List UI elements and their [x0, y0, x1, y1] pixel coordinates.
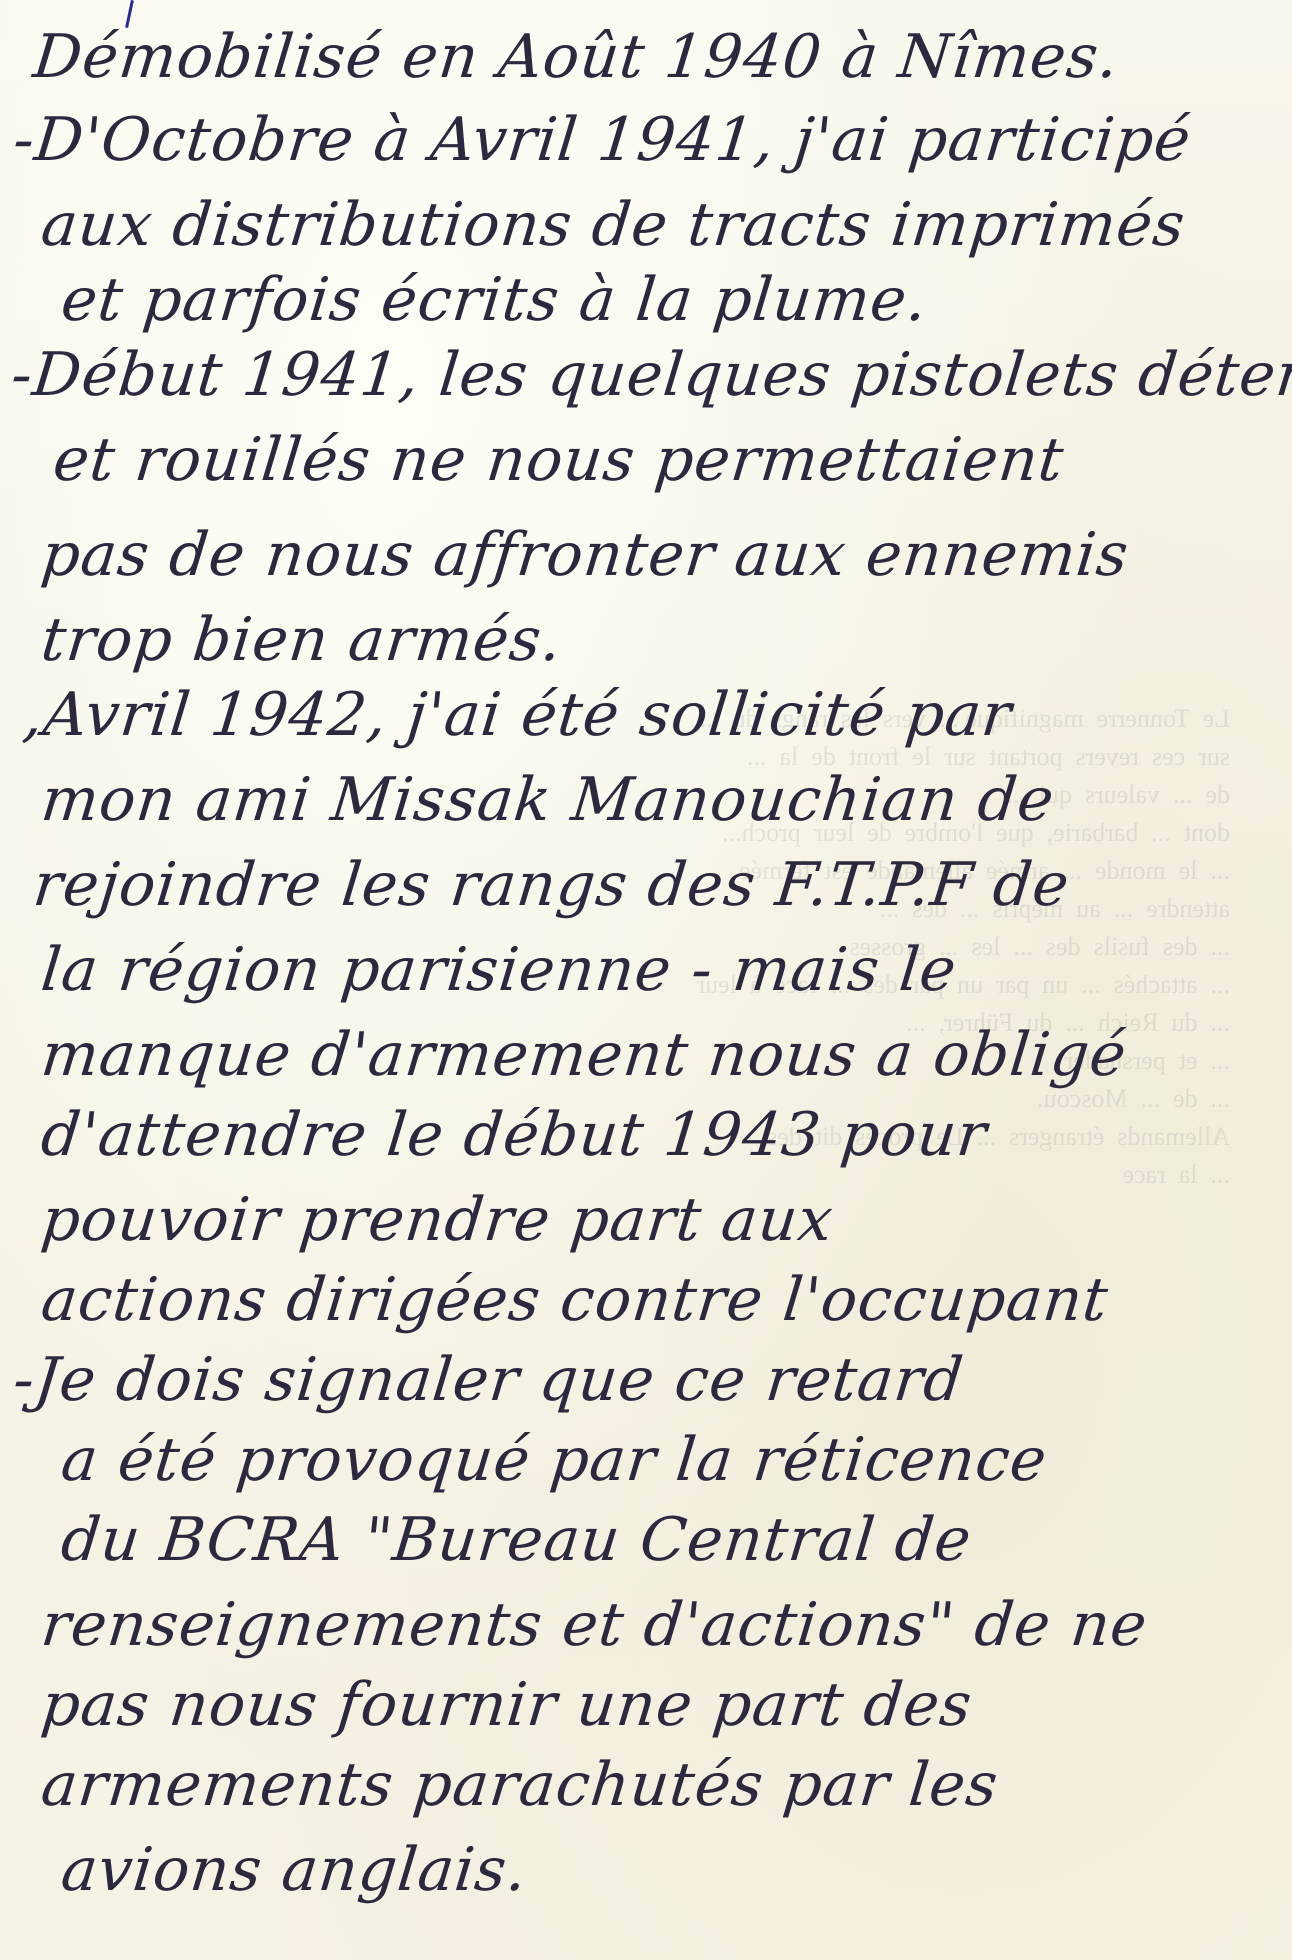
line-text: trop bien armés.: [38, 605, 565, 675]
line-5: -Début 1941, les quelques pistolets déte…: [8, 340, 1292, 410]
line-12: la région parisienne - mais le: [38, 935, 960, 1005]
line-14: d'attendre le début 1943 pour: [38, 1100, 991, 1170]
line-2: -D'Octobre à Avril 1941, j'ai participé: [10, 105, 1195, 175]
line-9: ,Avril 1942, j'ai été sollicité par: [20, 680, 1015, 750]
line-text: avions anglais.: [58, 1835, 531, 1905]
line-3: aux distributions de tracts imprimés: [38, 190, 1189, 260]
line-text: du BCRA "Bureau Central de: [58, 1505, 975, 1575]
line-20: renseignements et d'actions" de ne: [38, 1590, 1151, 1660]
line-19: du BCRA "Bureau Central de: [58, 1505, 975, 1575]
line-22: armements parachutés par les: [38, 1750, 1002, 1820]
line-text: Démobilisé en Août 1940 à Nîmes.: [30, 22, 1122, 92]
line-4: et parfois écrits à la plume.: [58, 265, 931, 335]
line-text: Début 1941, les quelques pistolets déter…: [29, 340, 1292, 410]
line-10: mon ami Missak Manouchian de: [38, 765, 1058, 835]
line-text: pas de nous affronter aux ennemis: [38, 520, 1132, 590]
line-13: manque d'armement nous a obligé: [38, 1020, 1130, 1090]
line-text: d'attendre le début 1943 pour: [38, 1100, 991, 1170]
line-text: aux distributions de tracts imprimés: [38, 190, 1189, 260]
line-text: et rouillés ne nous permettaient: [50, 425, 1067, 495]
line-8: trop bien armés.: [38, 605, 565, 675]
line-text: a été provoqué par la réticence: [58, 1425, 1051, 1495]
line-text: D'Octobre à Avril 1941, j'ai participé: [31, 105, 1194, 175]
line-15: pouvoir prendre part aux: [38, 1185, 837, 1255]
line-21: pas nous fournir une part des: [38, 1670, 976, 1740]
line-1: Démobilisé en Août 1940 à Nîmes.: [30, 22, 1122, 92]
line-17: -Je dois signaler que ce retard: [10, 1345, 967, 1415]
line-7: pas de nous affronter aux ennemis: [38, 520, 1132, 590]
line-18: a été provoqué par la réticence: [58, 1425, 1051, 1495]
line-text: manque d'armement nous a obligé: [38, 1020, 1130, 1090]
line-6: et rouillés ne nous permettaient: [50, 425, 1067, 495]
line-text: Je dois signaler que ce retard: [31, 1345, 967, 1415]
letter-page: Le Tonnerre magnifique ... vers les rang…: [0, 0, 1292, 1960]
line-text: actions dirigées contre l'occupant: [38, 1265, 1112, 1335]
line-text: Avril 1942, j'ai été sollicité par: [40, 680, 1015, 750]
line-text: et parfois écrits à la plume.: [58, 265, 931, 335]
line-text: la région parisienne - mais le: [38, 935, 960, 1005]
line-text: renseignements et d'actions" de ne: [38, 1590, 1151, 1660]
line-11: rejoindre les rangs des F.T.P.F de: [30, 850, 1073, 920]
line-text: pouvoir prendre part aux: [38, 1185, 837, 1255]
line-text: mon ami Missak Manouchian de: [38, 765, 1058, 835]
line-23: avions anglais.: [58, 1835, 531, 1905]
line-16: actions dirigées contre l'occupant: [38, 1265, 1112, 1335]
line-text: armements parachutés par les: [38, 1750, 1002, 1820]
line-text: rejoindre les rangs des F.T.P.F de: [30, 850, 1073, 920]
line-text: pas nous fournir une part des: [38, 1670, 976, 1740]
